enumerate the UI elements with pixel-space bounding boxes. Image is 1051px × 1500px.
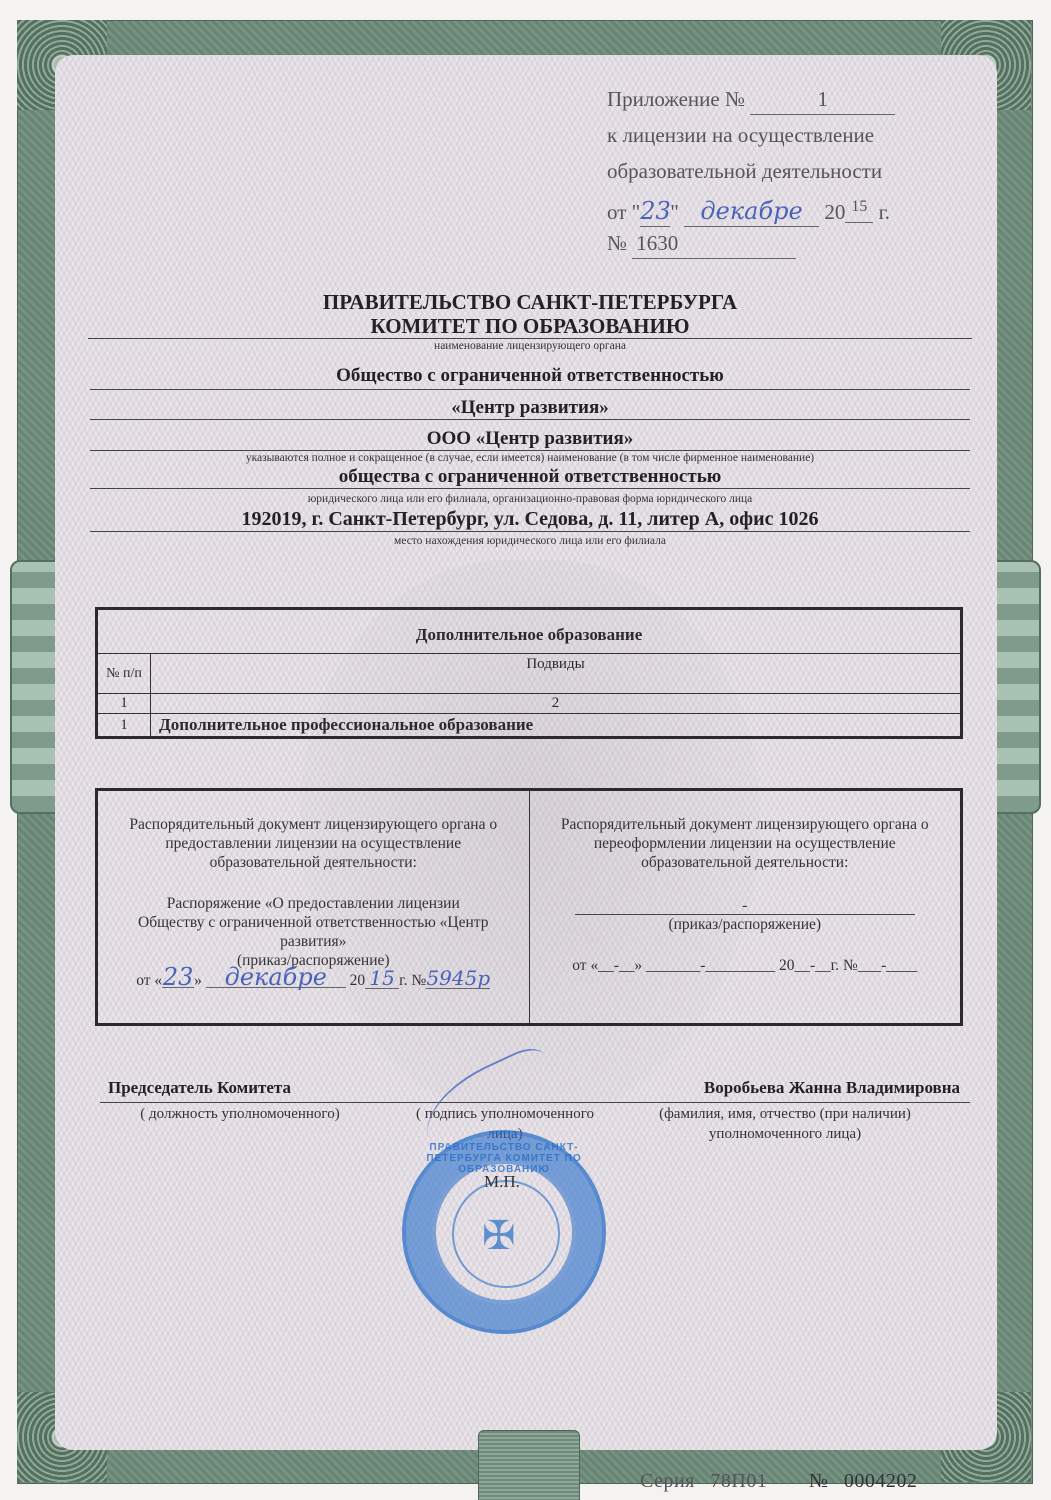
name-caption: (фамилия, имя, отчество (при наличии) уп… [620, 1104, 950, 1144]
serial-number-label: № [809, 1470, 829, 1492]
official-seal: ПРАВИТЕЛЬСТВО САНКТ-ПЕТЕРБУРГА КОМИТЕТ П… [402, 1130, 606, 1334]
licensing-authority: ПРАВИТЕЛЬСТВО САНКТ-ПЕТЕРБУРГА КОМИТЕТ П… [90, 290, 970, 354]
grant-date-mid: » [194, 972, 202, 989]
grant-no-label: г. № [399, 972, 426, 989]
bottom-plate-ornament-icon [478, 1430, 580, 1500]
signer-position: Председатель Комитета [108, 1078, 378, 1098]
appendix-line3: образовательной деятельности [607, 156, 895, 192]
reissue-blank-line: - [575, 896, 915, 915]
grant-heading: Распорядительный документ лицензирующего… [108, 815, 519, 872]
col-index-2: 2 [151, 694, 962, 714]
reissue-heading: Распорядительный документ лицензирующего… [540, 815, 951, 872]
stamp-place-label: М.П. [484, 1172, 520, 1192]
licensee-full-name-2: «Центр развития» [90, 390, 970, 420]
table-row: 1 Дополнительное профессиональное образо… [97, 714, 962, 738]
row-number: 1 [97, 714, 151, 738]
position-caption: ( должность уполномоченного) [100, 1104, 380, 1124]
grant-date-line: от «23» декабре 2015г. №5945р [108, 968, 519, 990]
grant-year-prefix: 20 [350, 972, 366, 989]
form-serial: Серия 78П01 № 0004202 [640, 1470, 917, 1493]
reissue-document-cell: Распорядительный документ лицензирующего… [529, 790, 962, 1025]
education-subtypes-table: Дополнительное образование № п/п Подвиды… [95, 607, 963, 739]
row-subtype: Дополнительное профессиональное образова… [151, 714, 962, 738]
appendix-date-month: декабре [684, 196, 819, 227]
licensee-address: 192019, г. Санкт-Петербург, ул. Седова, … [90, 507, 970, 532]
authority-caption: наименование лицензирующего органа [90, 339, 970, 354]
serial-number: 0004202 [844, 1470, 918, 1492]
signer-name: Воробьева Жанна Владимировна [600, 1078, 960, 1098]
license-no-label: № [607, 231, 627, 255]
date-year-prefix: 20 [824, 200, 845, 224]
grant-month: декабре [206, 968, 346, 988]
date-prefix: от " [607, 200, 640, 224]
grant-day: 23 [162, 968, 194, 988]
seal-inner-ring: ✠ [452, 1180, 560, 1288]
reissue-type-caption: (приказ/распоряжение) [540, 915, 951, 934]
date-year-end: г. [879, 200, 891, 224]
grant-date-prefix: от « [136, 972, 162, 989]
reissue-date-line: от «__-__» _______-_________ 20__-__г. №… [540, 956, 951, 975]
seal-text: ПРАВИТЕЛЬСТВО САНКТ-ПЕТЕРБУРГА КОМИТЕТ П… [406, 1142, 602, 1175]
authority-line2: КОМИТЕТ ПО ОБРАЗОВАНИЮ [88, 314, 972, 339]
appendix-line2: к лицензии на осуществление [607, 120, 895, 156]
licensee-caption1: указываются полное и сокращенное (в случ… [90, 451, 970, 466]
appendix-number: 1 [750, 84, 895, 115]
appendix-date-day: 23 [640, 196, 670, 227]
grant-year: 15 [365, 969, 399, 989]
license-number: 1630 [632, 228, 796, 259]
appendix-header: Приложение № 1 к лицензии на осуществлен… [607, 84, 895, 264]
licensee-legal-form: общества с ограниченной ответственностью [90, 466, 970, 489]
table-title: Дополнительное образование [97, 609, 962, 654]
grant-number: 5945р [426, 969, 490, 989]
col-index-1: 1 [97, 694, 151, 714]
col-header-no: № п/п [97, 654, 151, 694]
licensee-caption3: место нахождения юридического лица или е… [90, 534, 970, 549]
series-label: Серия [640, 1470, 695, 1492]
appendix-date-year: 15 [845, 192, 873, 223]
double-headed-eagle-icon: ✠ [482, 1212, 516, 1259]
appendix-label: Приложение № [607, 87, 745, 111]
col-header-subtypes: Подвиды [151, 654, 962, 694]
licensee-short-name: ООО «Центр развития» [90, 420, 970, 451]
authority-line1: ПРАВИТЕЛЬСТВО САНКТ-ПЕТЕРБУРГА [90, 290, 970, 314]
series-value: 78П01 [710, 1470, 767, 1492]
licensee-block: Общество с ограниченной ответственностью… [90, 360, 970, 549]
grant-document-cell: Распорядительный документ лицензирующего… [97, 790, 530, 1025]
date-sep: " [670, 200, 679, 224]
licensee-caption2: юридического лица или его филиала, орган… [90, 492, 970, 507]
licensee-full-name-1: Общество с ограниченной ответственностью [90, 360, 970, 390]
administrative-documents-table: Распорядительный документ лицензирующего… [95, 788, 963, 1026]
grant-body: Распоряжение «О предоставлении лицензии … [108, 894, 519, 951]
